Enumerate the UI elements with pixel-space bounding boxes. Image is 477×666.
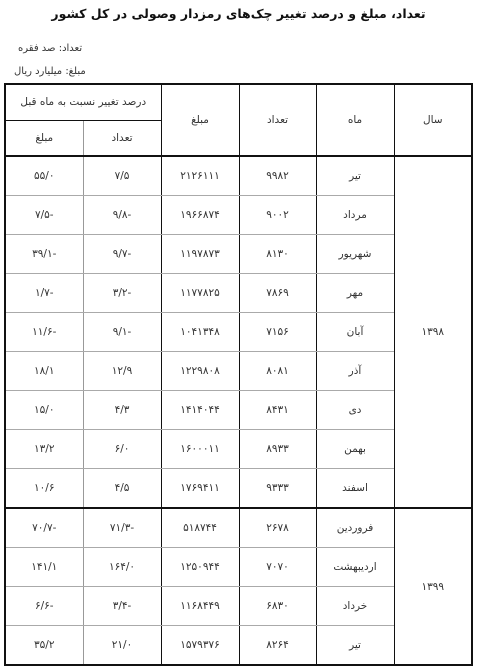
year-cell: ۱۳۹۸ [394,156,472,508]
pct-count-cell: ۴/۵ [83,469,161,509]
pct-amount-cell: ۱۵/۰ [5,391,83,430]
header-pct-change-group: درصد تغییر نسبت به ماه قبل [5,84,161,120]
header-pct-amount: مبلغ [5,120,83,156]
amount-cell: ۱۹۶۶۸۷۴ [161,196,239,235]
month-cell: شهریور [316,235,394,274]
header-amount: مبلغ [161,84,239,156]
pct-count-cell: ۶/۰ [83,430,161,469]
pct-amount-cell: -۷/۵ [5,196,83,235]
month-cell: فروردین [316,508,394,548]
pct-amount-cell: -۱/۷ [5,274,83,313]
amount-cell: ۵۱۸۷۴۴ [161,508,239,548]
month-cell: اسفند [316,469,394,509]
pct-amount-cell: ۱۸/۱ [5,352,83,391]
pct-amount-cell: ۱۰/۶ [5,469,83,509]
count-cell: ۸۱۳۰ [239,235,316,274]
pct-count-cell: ۱۲/۹ [83,352,161,391]
count-cell: ۹۰۰۲ [239,196,316,235]
pct-count-cell: -۷۱/۳ [83,508,161,548]
header-year: سال [394,84,472,156]
month-cell: تیر [316,626,394,666]
header-count: تعداد [239,84,316,156]
pct-count-cell: ۷/۵ [83,156,161,196]
pct-amount-cell: -۳۹/۱ [5,235,83,274]
month-cell: مهر [316,274,394,313]
month-cell: آبان [316,313,394,352]
month-cell: مرداد [316,196,394,235]
pct-amount-cell: -۶/۶ [5,587,83,626]
table-row: ۱۳۹۸تیر۹۹۸۲۲۱۲۶۱۱۱۷/۵۵۵/۰ [5,156,472,196]
table-row: ۱۳۹۹فروردین۲۶۷۸۵۱۸۷۴۴-۷۱/۳-۷۰/۷ [5,508,472,548]
pct-count-cell: ۴/۳ [83,391,161,430]
page-title: تعداد، مبلغ و درصد تغییر چک‌های رمزدار و… [0,6,477,21]
pct-count-cell: -۹/۷ [83,235,161,274]
count-cell: ۷۱۵۶ [239,313,316,352]
count-cell: ۹۹۸۲ [239,156,316,196]
count-cell: ۷۸۶۹ [239,274,316,313]
month-cell: بهمن [316,430,394,469]
count-cell: ۸۹۳۳ [239,430,316,469]
amount-cell: ۱۱۶۸۴۴۹ [161,587,239,626]
month-cell: دی [316,391,394,430]
pct-amount-cell: ۵۵/۰ [5,156,83,196]
pct-amount-cell: -۱۱/۶ [5,313,83,352]
amount-cell: ۱۱۹۷۸۷۳ [161,235,239,274]
month-cell: اردیبهشت [316,548,394,587]
table-body: ۱۳۹۸تیر۹۹۸۲۲۱۲۶۱۱۱۷/۵۵۵/۰مرداد۹۰۰۲۱۹۶۶۸۷… [5,156,472,665]
month-cell: تیر [316,156,394,196]
amount-cell: ۱۲۵۰۹۴۴ [161,548,239,587]
pct-count-cell: ۱۶۴/۰ [83,548,161,587]
pct-count-cell: -۹/۸ [83,196,161,235]
amount-cell: ۲۱۲۶۱۱۱ [161,156,239,196]
pct-amount-cell: ۱۴۱/۱ [5,548,83,587]
amount-cell: ۱۷۶۹۴۱۱ [161,469,239,509]
pct-count-cell: -۳/۴ [83,587,161,626]
amount-cell: ۱۶۰۰۰۱۱ [161,430,239,469]
amount-cell: ۱۴۱۴۰۴۴ [161,391,239,430]
amount-cell: ۱۵۷۹۳۷۶ [161,626,239,666]
count-cell: ۶۸۳۰ [239,587,316,626]
pct-count-cell: -۹/۱ [83,313,161,352]
header-month: ماه [316,84,394,156]
amount-unit-note: مبلغ: میلیارد ریال [14,66,86,77]
count-cell: ۹۳۳۳ [239,469,316,509]
pct-amount-cell: -۷۰/۷ [5,508,83,548]
pct-amount-cell: ۳۵/۲ [5,626,83,666]
table-header: سال ماه تعداد مبلغ درصد تغییر نسبت به ما… [5,84,472,156]
month-cell: آذر [316,352,394,391]
amount-cell: ۱۱۷۷۸۲۵ [161,274,239,313]
year-cell: ۱۳۹۹ [394,508,472,665]
count-cell: ۸۴۳۱ [239,391,316,430]
amount-cell: ۱۰۴۱۳۴۸ [161,313,239,352]
pct-count-cell: -۳/۲ [83,274,161,313]
checks-table: سال ماه تعداد مبلغ درصد تغییر نسبت به ما… [4,83,473,666]
count-cell: ۸۰۸۱ [239,352,316,391]
header-pct-count: تعداد [83,120,161,156]
month-cell: خرداد [316,587,394,626]
count-cell: ۷۰۷۰ [239,548,316,587]
amount-cell: ۱۲۲۹۸۰۸ [161,352,239,391]
count-cell: ۲۶۷۸ [239,508,316,548]
count-cell: ۸۲۶۴ [239,626,316,666]
count-unit-note: تعداد: صد فقره [18,43,82,54]
pct-count-cell: ۲۱/۰ [83,626,161,666]
pct-amount-cell: ۱۳/۲ [5,430,83,469]
